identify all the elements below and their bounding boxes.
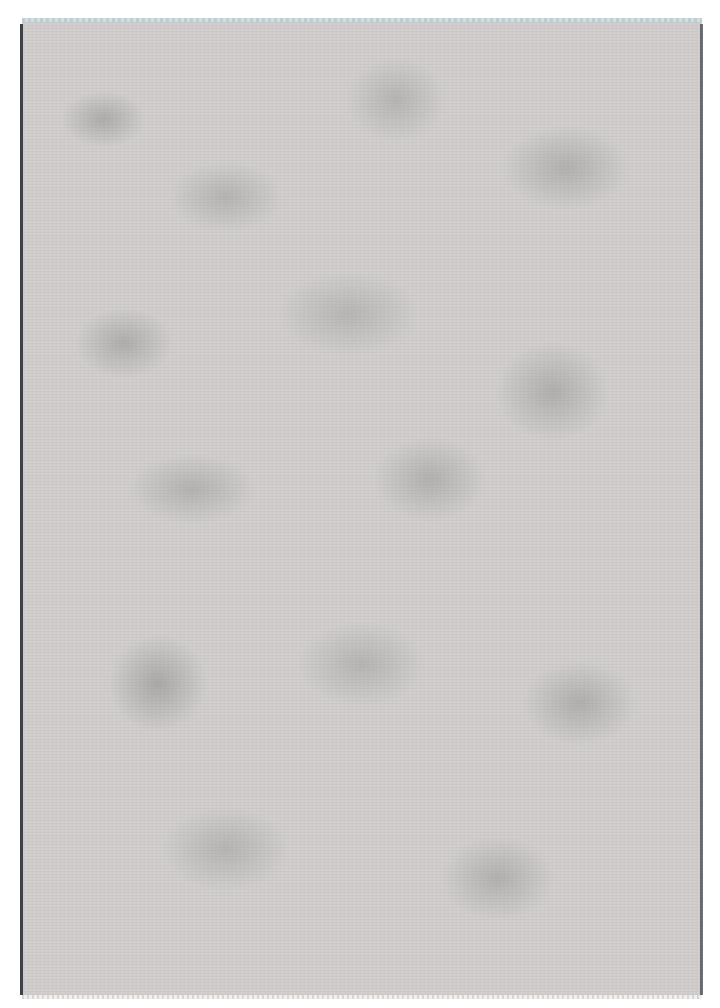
rug-surface xyxy=(22,22,702,995)
rug-right-binding xyxy=(700,24,703,995)
rug-bottom-fringe xyxy=(22,995,702,999)
rug-left-binding xyxy=(20,24,23,995)
